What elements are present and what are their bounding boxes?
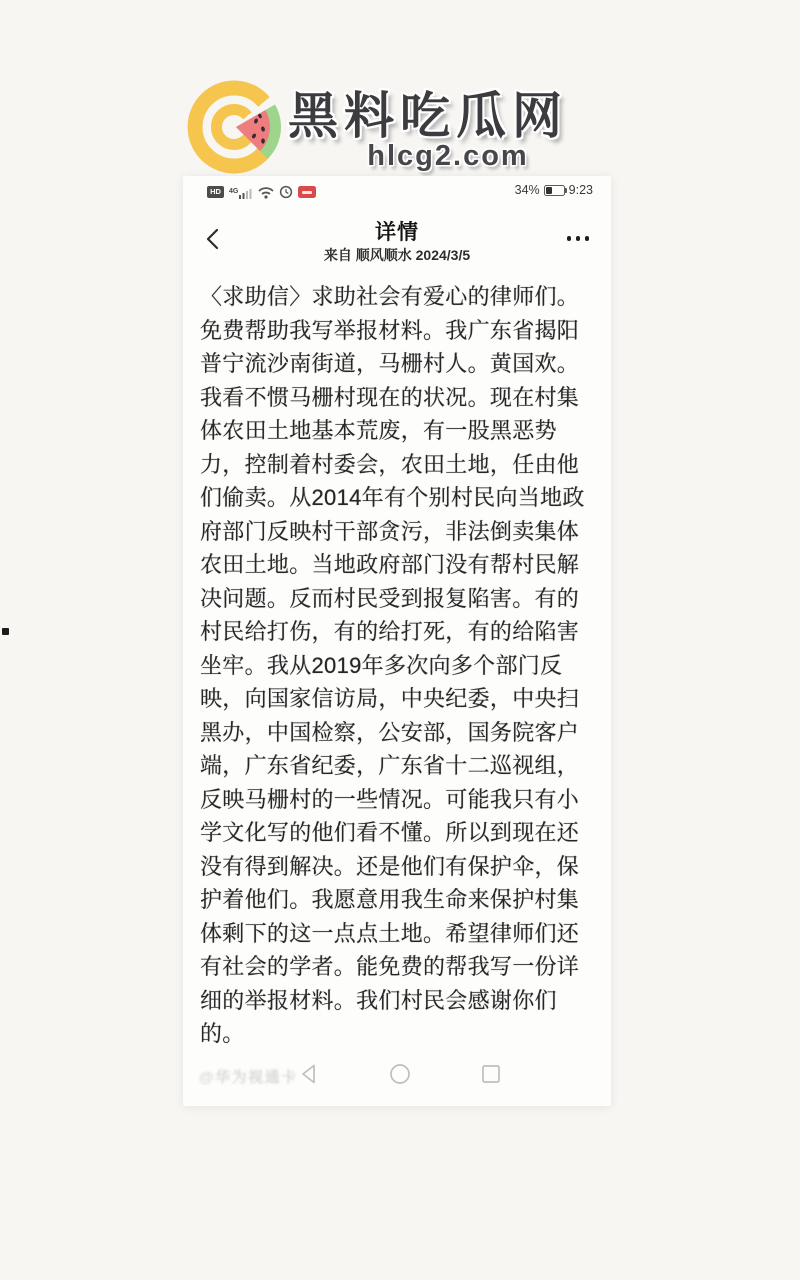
letter-line: 坐牢。我从2019年多次向多个部门反 bbox=[200, 649, 600, 683]
status-right: 34% 9:23 bbox=[515, 183, 593, 197]
site-url: hlcg2.com bbox=[288, 140, 608, 173]
letter-line: 学文化写的他们看不懂。所以到现在还 bbox=[200, 816, 600, 850]
letter-body: 〈求助信〉求助社会有爱心的律师们。免费帮助我写举报材料。我广东省揭阳普宁流沙南街… bbox=[200, 280, 600, 1051]
phone-screenshot: HD 4G 34% bbox=[183, 176, 611, 1106]
nav-recents-icon[interactable] bbox=[479, 1062, 503, 1086]
more-menu-icon[interactable] bbox=[567, 236, 590, 241]
letter-line: 没有得到解决。还是他们有保护伞，保 bbox=[200, 850, 600, 884]
letter-line: 黑办，中国检察，公安部，国务院客户 bbox=[200, 716, 600, 750]
nav-home-icon[interactable] bbox=[388, 1062, 412, 1086]
battery-icon bbox=[544, 185, 565, 196]
letter-line: 力，控制着村委会，农田土地，任由他 bbox=[200, 448, 600, 482]
sim-alert-icon bbox=[298, 186, 316, 198]
nav-back-icon[interactable] bbox=[297, 1062, 321, 1086]
watermelon-logo-icon bbox=[184, 74, 284, 174]
battery-percent: 34% bbox=[515, 183, 540, 197]
letter-line: 端，广东省纪委，广东省十二巡视组， bbox=[200, 749, 600, 783]
wifi-icon bbox=[258, 186, 274, 199]
page-title: 详情 bbox=[183, 216, 611, 246]
page-subtitle: 来自 顺风顺水 2024/3/5 bbox=[183, 245, 611, 265]
clock-time: 9:23 bbox=[569, 183, 593, 197]
letter-line: 反映马栅村的一些情况。可能我只有小 bbox=[200, 783, 600, 817]
letter-line: 我看不惯马栅村现在的状况。现在村集 bbox=[200, 381, 600, 415]
letter-line: 体剩下的这一点点土地。希望律师们还 bbox=[200, 917, 600, 951]
letter-line: 映，向国家信访局，中央纪委，中央扫 bbox=[200, 682, 600, 716]
letter-line: 细的举报材料。我们村民会感谢你们 bbox=[200, 984, 600, 1018]
letter-line: 村民给打伤，有的给打死，有的给陷害 bbox=[200, 615, 600, 649]
letter-line: 农田土地。当地政府部门没有帮村民解 bbox=[200, 548, 600, 582]
letter-line: 府部门反映村干部贪污，非法倒卖集体 bbox=[200, 515, 600, 549]
status-icons-left: HD 4G bbox=[207, 185, 316, 199]
hd-icon: HD bbox=[207, 186, 224, 198]
artifact-dot bbox=[2, 628, 9, 635]
letter-line: 普宁流沙南街道，马栅村人。黄国欢。 bbox=[200, 347, 600, 381]
letter-line: 决问题。反而村民受到报复陷害。有的 bbox=[200, 582, 600, 616]
letter-line: 们偷卖。从2014年有个别村民向当地政 bbox=[200, 481, 600, 515]
letter-line: 体农田土地基本荒废，有一股黑恶势 bbox=[200, 414, 600, 448]
site-watermark: 黑料吃瓜网 hlcg2.com bbox=[180, 68, 610, 188]
letter-line: 护着他们。我愿意用我生命来保护村集 bbox=[200, 883, 600, 917]
alarm-clock-icon bbox=[279, 185, 293, 199]
site-name: 黑料吃瓜网 bbox=[288, 76, 608, 148]
video-watermark: @华为视通卡 bbox=[199, 1066, 298, 1087]
letter-line: 免费帮助我写举报材料。我广东省揭阳 bbox=[200, 314, 600, 348]
mobile-signal-icon: 4G bbox=[229, 186, 253, 199]
status-bar: HD 4G 34% bbox=[183, 176, 611, 204]
letter-line: 〈求助信〉求助社会有爱心的律师们。 bbox=[200, 280, 600, 314]
letter-line: 的。 bbox=[200, 1017, 600, 1051]
network-type-label: 4G bbox=[229, 188, 238, 195]
letter-line: 有社会的学者。能免费的帮我写一份详 bbox=[200, 950, 600, 984]
